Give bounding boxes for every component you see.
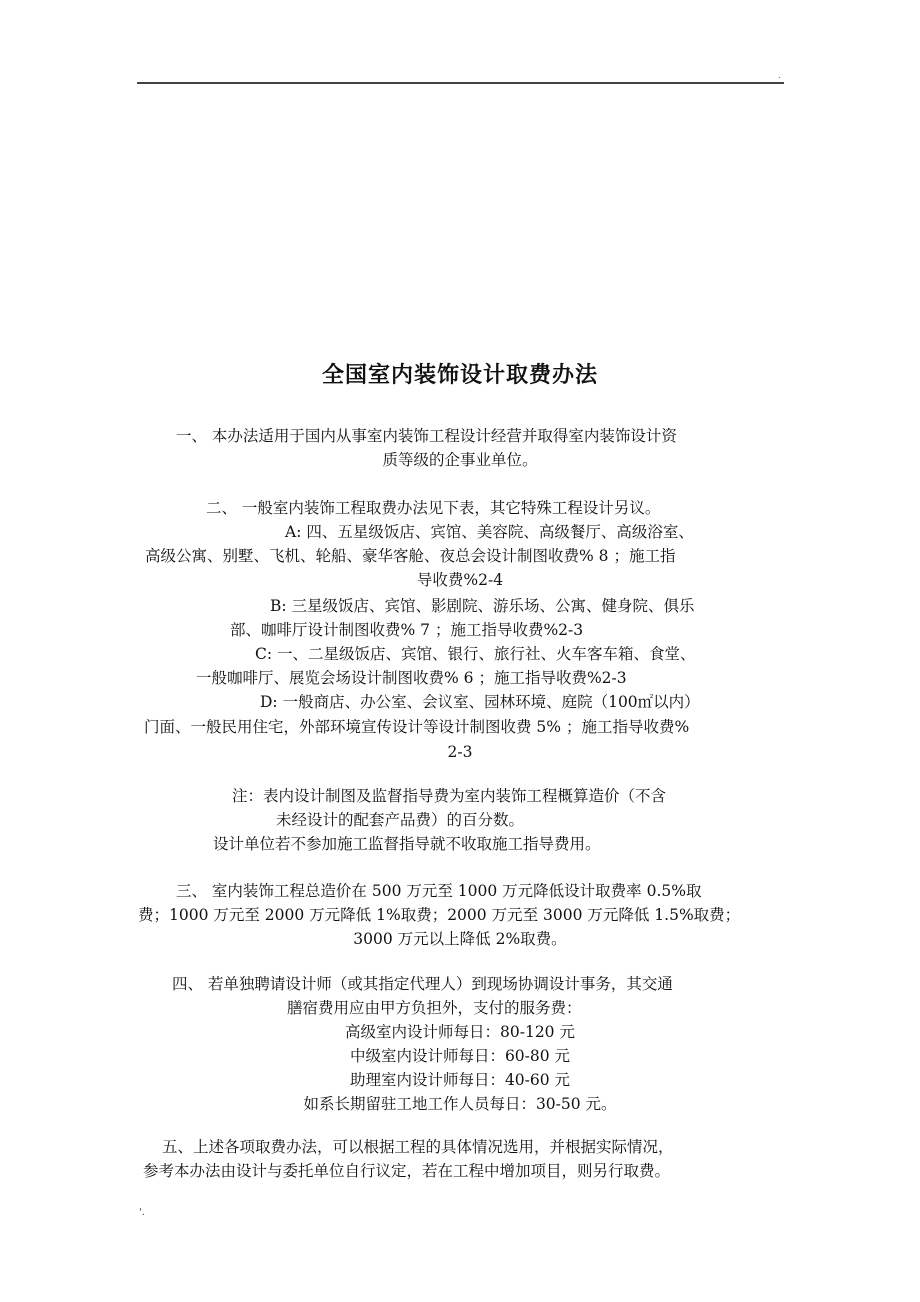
fee-assistant-designer: 助理室内设计师每日：40-60 元: [0, 1068, 920, 1092]
category-b-line-2: 部、咖啡厅设计制图收费% 7 ；施工指导收费%2-3: [230, 618, 583, 642]
fee-onsite-staff: 如系长期留驻工地工作人员每日：30-50 元。: [0, 1092, 920, 1116]
category-d-line-3: 2-3: [0, 740, 920, 764]
category-c-line-1: C: 一、二星级饭店、宾馆、银行、旅行社、火车客车箱、食堂、: [255, 642, 696, 666]
header-rule: [137, 82, 784, 84]
section-3-line-1: 三、 室内装饰工程总造价在 500 万元至 1000 万元降低设计取费率 0.5…: [176, 879, 701, 903]
section-4-line-1: 四、 若单独聘请设计师（或其指定代理人）到现场协调设计事务，其交通: [172, 972, 673, 996]
section-4-line-2: 膳宿费用应由甲方负担外，支付的服务费：: [287, 996, 582, 1020]
category-a-line-1: A: 四、五星级饭店、宾馆、美容院、高级餐厅、高级浴室、: [285, 520, 694, 544]
section-3-line-2: 费；1000 万元至 2000 万元降低 1%取费；2000 万元至 3000 …: [138, 903, 740, 927]
category-a-line-2: 高级公寓、别墅、飞机、轮船、豪华客舱、夜总会设计制图收费% 8 ；施工指: [145, 544, 675, 568]
category-d-line-1: D: 一般商店、办公室、会议室、园林环境、庭院（100㎡以内）: [260, 690, 700, 714]
note-line-3: 设计单位若不参加施工监督指导就不收取施工指导费用。: [213, 832, 601, 856]
footer-mark: '.: [139, 1208, 145, 1218]
section-1-line-1: 一、 本办法适用于国内从事室内装饰工程设计经营并取得室内装饰设计资: [176, 424, 677, 448]
fee-intermediate-designer: 中级室内设计师每日：60-80 元: [0, 1044, 920, 1068]
category-d-line-2: 门面、一般民用住宅，外部环境宣传设计等设计制图收费 5% ；施工指导收费%: [144, 715, 689, 739]
note-line-2: 未经设计的配套产品费）的百分数。: [276, 808, 524, 832]
category-c-line-2: 一般咖啡厅、展览会场设计制图收费% 6 ；施工指导收费%2-3: [196, 666, 627, 690]
section-2-intro: 二、 一般室内装饰工程取费办法见下表，其它特殊工程设计另议。: [206, 496, 660, 520]
page-title: 全国室内装饰设计取费办法: [0, 360, 920, 392]
category-b-line-1: B: 三星级饭店、宾馆、影剧院、游乐场、公寓、健身院、俱乐: [270, 594, 695, 618]
section-5-line-1: 五、上述各项取费办法，可以根据工程的具体情况选用，并根据实际情况，: [162, 1135, 674, 1159]
category-a-line-3: 导收费%2-4: [0, 568, 920, 592]
section-3-line-3: 3000 万元以上降低 2%取费。: [0, 927, 920, 951]
fee-senior-designer: 高级室内设计师每日：80-120 元: [0, 1020, 920, 1044]
header-mark: .: [778, 72, 781, 80]
section-5-line-2: 参考本办法由设计与委托单位自行议定，若在工程中增加项目，则另行取费。: [143, 1159, 670, 1183]
section-1-line-2: 质等级的企事业单位。: [0, 448, 920, 472]
note-line-1: 注：表内设计制图及监督指导费为室内装饰工程概算造价（不含: [232, 784, 666, 808]
